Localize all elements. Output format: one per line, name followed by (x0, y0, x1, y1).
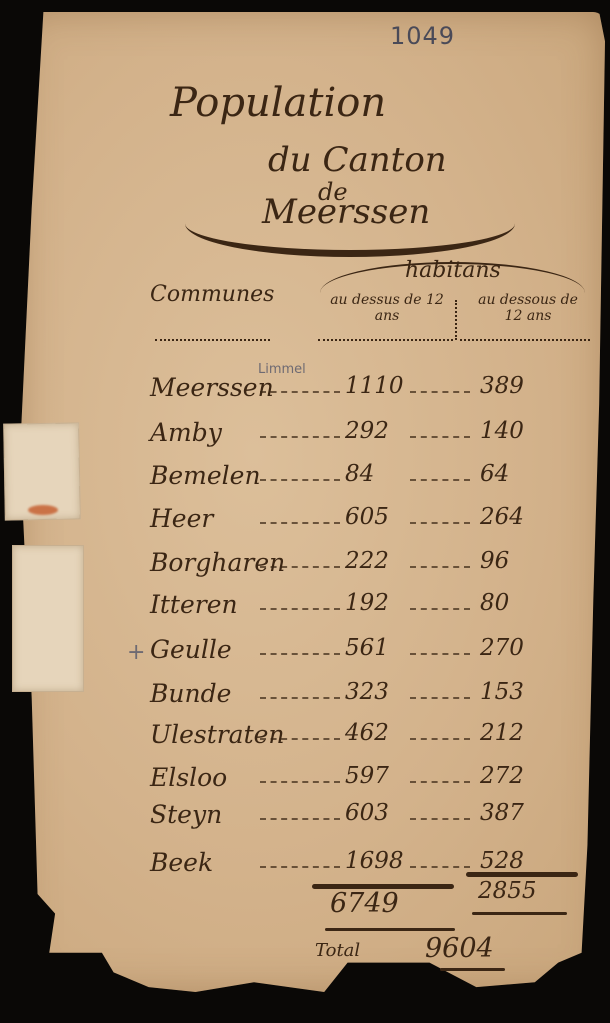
below-12-count: 270 (480, 635, 524, 661)
table-row: Elsloo597272 (150, 763, 580, 799)
leader-dots (260, 781, 340, 783)
table-row: Ulestraten462212 (150, 720, 580, 756)
table-row: Meerssen1110389 (150, 373, 580, 409)
leader-dots (260, 653, 340, 655)
subtotal-above-12: 6749 (330, 888, 399, 919)
total-label: Total (315, 940, 360, 961)
total-underline (440, 968, 505, 971)
above-12-count: 1698 (345, 848, 404, 874)
commune-name: Meerssen (150, 373, 274, 402)
paper-repair-strip (12, 545, 84, 692)
commune-name: Bunde (150, 679, 231, 708)
leader-dots (410, 566, 470, 568)
commune-name: Beek (150, 848, 213, 877)
sum-rule (325, 928, 455, 931)
leader-dots (410, 391, 470, 393)
table-row: Heer605264 (150, 504, 580, 540)
leader-dots (410, 781, 470, 783)
commune-name: Bemelen (150, 461, 261, 490)
above-12-count: 603 (345, 800, 389, 826)
below-12-count: 528 (480, 848, 524, 874)
table-row: Bunde323153 (150, 679, 580, 715)
table-row: Steyn603387 (150, 800, 580, 836)
commune-name: Elsloo (150, 763, 227, 792)
leader-dots (260, 566, 340, 568)
below-12-count: 80 (480, 590, 509, 616)
title-flourish (185, 190, 515, 257)
leader-dots (410, 653, 470, 655)
above-12-count: 1110 (345, 373, 404, 399)
table-row: Geulle561270 (150, 635, 580, 671)
commune-name: Borgharen (150, 548, 285, 577)
above-12-count: 605 (345, 504, 389, 530)
below-12-count: 387 (480, 800, 524, 826)
commune-name: Amby (150, 418, 222, 447)
leader-dots (410, 479, 470, 481)
above-12-count: 192 (345, 590, 389, 616)
header-above-12: au dessus de 12 ans (322, 292, 452, 324)
commune-name: Heer (150, 504, 213, 533)
commune-name: Geulle (150, 635, 232, 664)
below-12-count: 96 (480, 548, 509, 574)
leader-dots (260, 479, 340, 481)
below-12-count: 153 (480, 679, 524, 705)
below-12-count: 272 (480, 763, 524, 789)
subtotal-below-12: 2855 (478, 878, 537, 904)
header-underline (318, 335, 453, 341)
pencil-mark: + (127, 640, 145, 665)
archive-number: 1049 (390, 22, 455, 50)
leader-dots (260, 866, 340, 868)
above-12-count: 222 (345, 548, 389, 574)
header-underline (155, 335, 270, 341)
below-12-count: 140 (480, 418, 524, 444)
sum-rule (472, 912, 567, 915)
table-row: Amby292140 (150, 418, 580, 454)
header-habitans: habitans (405, 258, 501, 283)
table-row: Bemelen8464 (150, 461, 580, 497)
leader-dots (260, 522, 340, 524)
above-12-count: 84 (345, 461, 374, 487)
leader-dots (410, 608, 470, 610)
above-12-count: 561 (345, 635, 389, 661)
leader-dots (410, 866, 470, 868)
leader-dots (260, 818, 340, 820)
leader-dots (260, 697, 340, 699)
total-value: 9604 (425, 933, 494, 964)
leader-dots (410, 522, 470, 524)
above-12-count: 292 (345, 418, 389, 444)
title-line-1: Population (170, 80, 386, 126)
sum-rule (466, 872, 578, 877)
leader-dots (260, 391, 340, 393)
leader-dots (260, 608, 340, 610)
commune-name: Ulestraten (150, 720, 285, 749)
above-12-count: 597 (345, 763, 389, 789)
header-below-12: au dessous de 12 ans (468, 292, 588, 324)
below-12-count: 212 (480, 720, 524, 746)
leader-dots (410, 738, 470, 740)
table-row: Borgharen22296 (150, 548, 580, 584)
column-divider (455, 300, 459, 340)
leader-dots (260, 436, 340, 438)
leader-dots (410, 818, 470, 820)
leader-dots (410, 436, 470, 438)
leader-dots (410, 697, 470, 699)
below-12-count: 264 (480, 504, 524, 530)
header-communes: Communes (150, 282, 274, 307)
below-12-count: 64 (480, 461, 509, 487)
header-underline (460, 335, 590, 341)
commune-name: Steyn (150, 800, 222, 829)
below-12-count: 389 (480, 373, 524, 399)
title-line-2: du Canton (268, 140, 447, 180)
red-wax-stain (28, 505, 58, 515)
table-row: Itteren19280 (150, 590, 580, 626)
leader-dots (260, 738, 340, 740)
above-12-count: 462 (345, 720, 389, 746)
above-12-count: 323 (345, 679, 389, 705)
commune-name: Itteren (150, 590, 238, 619)
